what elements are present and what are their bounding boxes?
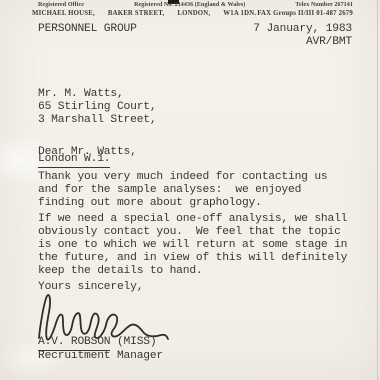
letterhead-registration-row: Registered Office Registered No. 214436 … [0,2,380,8]
registered-office-label: Registered Office [38,2,84,8]
body-paragraph-1: Thank you very much indeed for contactin… [38,171,328,210]
address-street: BAKER STREET, [108,10,165,17]
salutation: Dear Mr. Watts, [38,146,137,159]
address-building: MICHAEL HOUSE, [32,10,95,17]
signatory-name: A.V. ROBSON [38,336,110,351]
letterhead-address-row: MICHAEL HOUSE, BAKER STREET, LONDON, W1A… [0,10,380,17]
recipient-address-lines: Mr. M. Watts, 65 Stirling Court, 3 Marsh… [38,88,156,127]
telex-number: Telex Number 267141 [295,2,353,8]
reference-code: AVR/BMT [0,36,380,48]
department-name: PERSONNEL GROUP [38,23,137,35]
registered-number: Registered No. 214436 (England & Wales) [134,2,245,8]
address-postcode: W1A 1DN. [223,10,256,17]
letter-date: 7 January, 1983 [253,23,352,35]
letterhead-address: MICHAEL HOUSE, BAKER STREET, LONDON, W1A… [32,10,256,17]
letter-page: Registered Office Registered No. 214436 … [0,0,380,380]
signatory-suffix: (MISS) [110,336,156,348]
address-city: LONDON, [177,10,210,17]
fax-number: FAX Groups II/III 01-487 2679 [257,10,353,17]
signatory-title: Recruitment Manager [38,350,163,363]
date-row: PERSONNEL GROUP 7 January, 1983 [0,23,380,35]
body-paragraph-2: If we need a special one-off analysis, w… [38,213,347,278]
signatory-name-line: A.V. ROBSON (MISS) [38,336,156,351]
scan-edge-line [377,0,378,380]
